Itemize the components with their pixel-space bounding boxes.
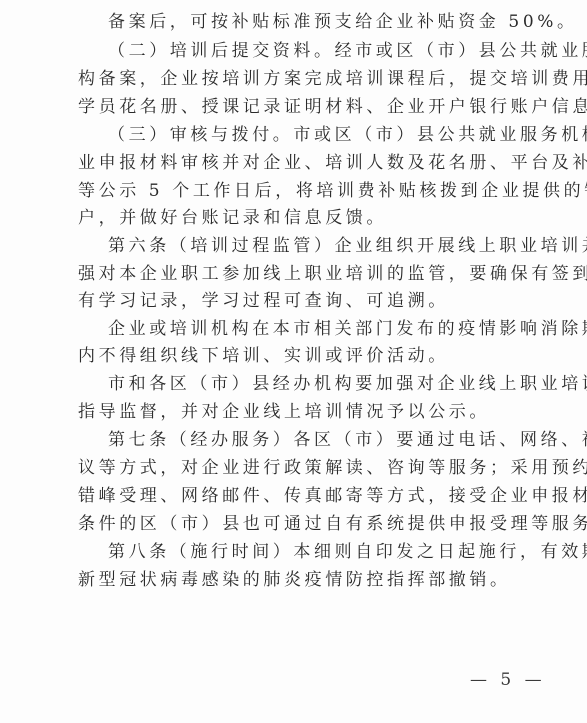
text-line-13: 内不得组织线下培训、实训或评价活动。 (78, 343, 538, 369)
text-line-8: 户，并做好台账记录和信息反馈。 (78, 205, 538, 231)
text-line-5: （三）审核与拨付。市或区（市）县公共就业服务机构对企 (108, 122, 568, 148)
text-line-1: 备案后，可按补贴标准预支给企业补贴资金 50%。 (108, 9, 568, 35)
text-line-4: 学员花名册、授课记录证明材料、企业开户银行账户信息等。 (78, 94, 538, 120)
text-line-11: 有学习记录，学习过程可查询、可追溯。 (78, 288, 538, 314)
text-line-18: 错峰受理、网络邮件、传真邮寄等方式，接受企业申报材料。有 (78, 483, 538, 509)
text-line-21: 新型冠状病毒感染的肺炎疫情防控指挥部撤销。 (78, 567, 538, 593)
text-line-7: 等公示 5 个工作日后，将培训费补贴核拨到企业提供的银行账 (78, 178, 538, 204)
text-line-9: 第六条（培训过程监管）企业组织开展线上职业培训并要加 (108, 233, 568, 259)
text-line-10: 强对本企业职工参加线上职业培训的监管，要确保有签到注册、 (78, 261, 538, 287)
text-line-12: 企业或培训机构在本市相关部门发布的疫情影响消除期限 (108, 316, 568, 342)
text-line-19: 条件的区（市）县也可通过自有系统提供申报受理等服务。 (78, 511, 538, 537)
text-line-2: （二）培训后提交资料。经市或区（市）县公共就业服务机 (108, 38, 568, 64)
text-line-6: 业申报材料审核并对企业、培训人数及花名册、平台及补贴金额 (78, 150, 538, 176)
document-page: 备案后，可按补贴标准预支给企业补贴资金 50%。 （二）培训后提交资料。经市或区… (0, 0, 587, 723)
text-line-3: 构备案，企业按培训方案完成培训课程后，提交培训费用发票、 (78, 66, 538, 92)
text-line-16: 第七条（经办服务）各区（市）要通过电话、网络、视频会 (108, 427, 568, 453)
page-number: — 5 — (470, 668, 546, 692)
text-line-17: 议等方式，对企业进行政策解读、咨询等服务；采用预约申报、 (78, 455, 538, 481)
text-line-14: 市和各区（市）县经办机构要加强对企业线上职业培训工作 (108, 371, 568, 397)
text-line-15: 指导监督，并对企业线上培训情况予以公示。 (78, 399, 538, 425)
text-line-20: 第八条（施行时间）本细则自印发之日起施行，有效期至市 (108, 539, 568, 565)
